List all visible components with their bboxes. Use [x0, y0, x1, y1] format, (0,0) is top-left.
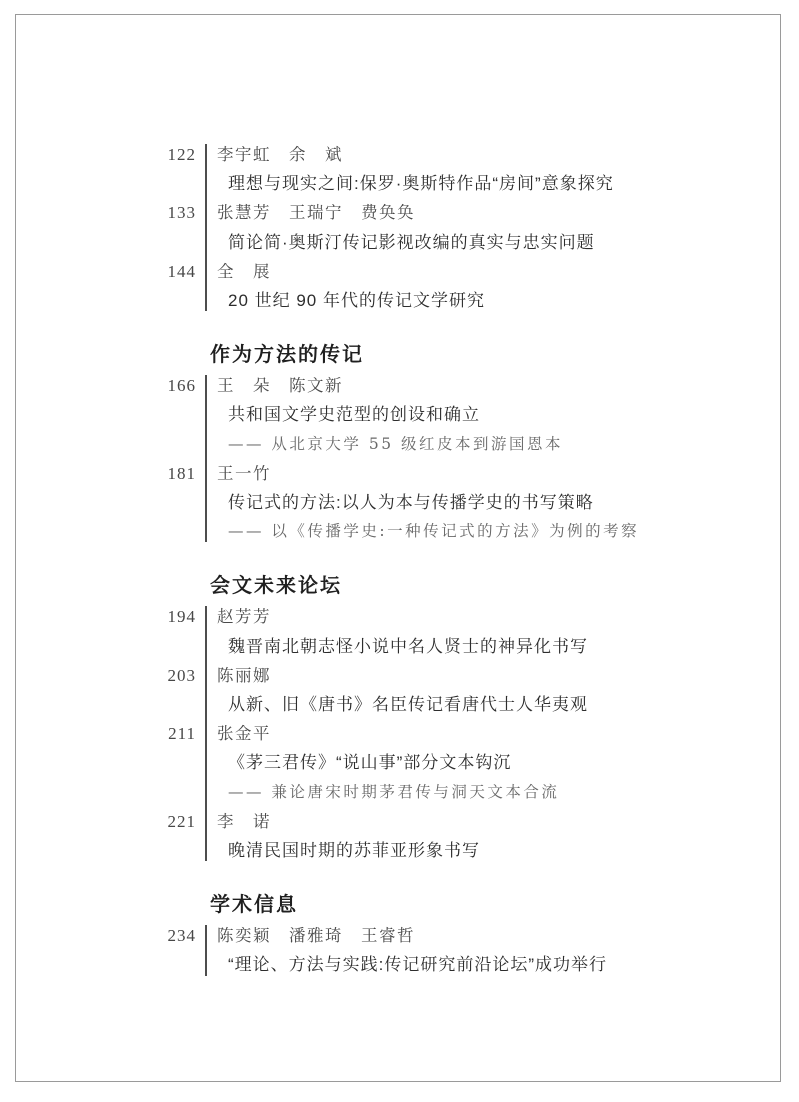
toc-entry-author-row: 194赵芳芳: [0, 602, 799, 631]
document-page: 122李宇虹 余 斌理想与现实之间:保罗·奥斯特作品“房间”意象探究133张慧芳…: [0, 0, 799, 1102]
toc-entry-author-row: 211张金平: [0, 719, 799, 748]
section-entries: 166王 朵 陈文新共和国文学史范型的创设和确立—— 从北京大学 55 级红皮本…: [0, 371, 799, 546]
entry-title: 《茅三君传》“说山事”部分文本钩沉: [0, 748, 799, 777]
entry-title: 20 世纪 90 年代的传记文学研究: [0, 286, 799, 315]
toc-entry-author-row: 221李 诺: [0, 807, 799, 836]
toc-entry-author-row: 144全 展: [0, 257, 799, 286]
entry-authors: 全 展: [217, 262, 271, 281]
entry-authors: 陈奕颖 潘雅琦 王睿哲: [217, 926, 415, 945]
entry-subtitle: —— 以《传播学史:一种传记式的方法》为例的考察: [0, 517, 799, 546]
page-number: 144: [0, 257, 196, 286]
section-entries: 194赵芳芳魏晋南北朝志怪小说中名人贤士的神异化书写203陈丽娜从新、旧《唐书》…: [0, 602, 799, 865]
section-header: 会文未来论坛: [210, 571, 799, 602]
toc-section: 作为方法的传记166王 朵 陈文新共和国文学史范型的创设和确立—— 从北京大学 …: [0, 340, 799, 546]
toc-entry-author-row: 181王一竹: [0, 459, 799, 488]
toc-entry-author-row: 234陈奕颖 潘雅琦 王睿哲: [0, 921, 799, 950]
entry-title: 魏晋南北朝志怪小说中名人贤士的神异化书写: [0, 632, 799, 661]
section-entries: 122李宇虹 余 斌理想与现实之间:保罗·奥斯特作品“房间”意象探究133张慧芳…: [0, 140, 799, 315]
page-number: 211: [0, 719, 196, 748]
entry-title: 理想与现实之间:保罗·奥斯特作品“房间”意象探究: [0, 169, 799, 198]
toc-entry-author-row: 166王 朵 陈文新: [0, 371, 799, 400]
page-number: 194: [0, 602, 196, 631]
toc-entry-author-row: 133张慧芳 王瑞宁 费奂奂: [0, 198, 799, 227]
section-header: 学术信息: [210, 890, 799, 921]
entry-authors: 张金平: [217, 724, 271, 743]
entry-subtitle: —— 兼论唐宋时期茅君传与洞天文本合流: [0, 778, 799, 807]
entry-subtitle: —— 从北京大学 55 级红皮本到游国恩本: [0, 430, 799, 459]
page-number: 221: [0, 807, 196, 836]
entry-title: 传记式的方法:以人为本与传播学史的书写策略: [0, 488, 799, 517]
entry-authors: 赵芳芳: [217, 607, 271, 626]
page-number: 234: [0, 921, 196, 950]
entry-title: “理论、方法与实践:传记研究前沿论坛”成功举行: [0, 950, 799, 979]
toc-section: 122李宇虹 余 斌理想与现实之间:保罗·奥斯特作品“房间”意象探究133张慧芳…: [0, 140, 799, 315]
toc-section: 会文未来论坛194赵芳芳魏晋南北朝志怪小说中名人贤士的神异化书写203陈丽娜从新…: [0, 571, 799, 865]
entry-title: 晚清民国时期的苏菲亚形象书写: [0, 836, 799, 865]
entry-authors: 张慧芳 王瑞宁 费奂奂: [217, 203, 415, 222]
entry-title: 从新、旧《唐书》名臣传记看唐代士人华夷观: [0, 690, 799, 719]
page-number: 181: [0, 459, 196, 488]
entry-title: 简论简·奥斯汀传记影视改编的真实与忠实问题: [0, 228, 799, 257]
entry-authors: 李宇虹 余 斌: [217, 145, 343, 164]
section-header: 作为方法的传记: [210, 340, 799, 371]
page-number: 122: [0, 140, 196, 169]
toc-entry-author-row: 122李宇虹 余 斌: [0, 140, 799, 169]
table-of-contents: 122李宇虹 余 斌理想与现实之间:保罗·奥斯特作品“房间”意象探究133张慧芳…: [0, 140, 799, 980]
section-entries: 234陈奕颖 潘雅琦 王睿哲“理论、方法与实践:传记研究前沿论坛”成功举行: [0, 921, 799, 979]
toc-section: 学术信息234陈奕颖 潘雅琦 王睿哲“理论、方法与实践:传记研究前沿论坛”成功举…: [0, 890, 799, 979]
entry-authors: 王 朵 陈文新: [217, 376, 343, 395]
toc-entry-author-row: 203陈丽娜: [0, 661, 799, 690]
page-number: 133: [0, 198, 196, 227]
entry-authors: 王一竹: [217, 464, 271, 483]
entry-authors: 陈丽娜: [217, 666, 271, 685]
entry-authors: 李 诺: [217, 812, 271, 831]
page-number: 203: [0, 661, 196, 690]
entry-title: 共和国文学史范型的创设和确立: [0, 400, 799, 429]
page-number: 166: [0, 371, 196, 400]
